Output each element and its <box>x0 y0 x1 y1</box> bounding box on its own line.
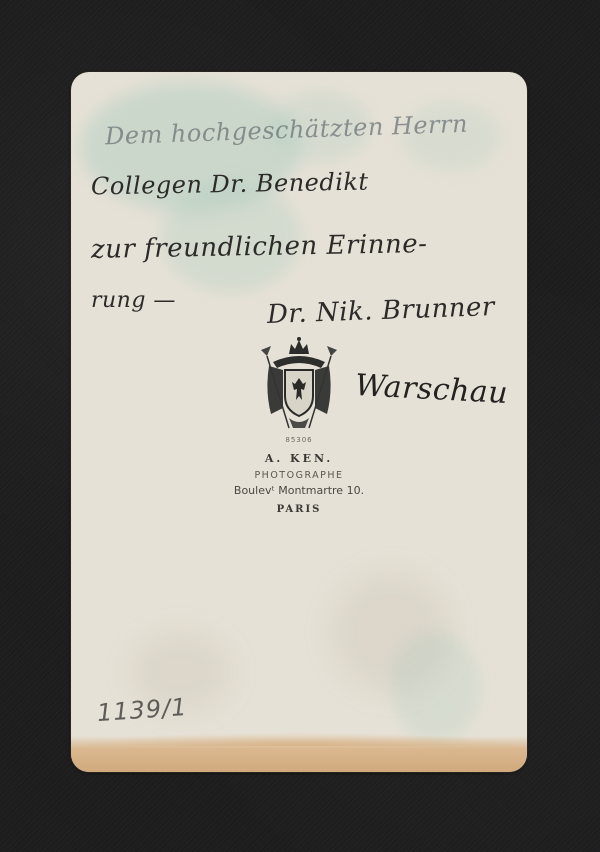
coat-of-arms-icon <box>259 336 339 436</box>
studio-city: PARIS <box>171 504 427 515</box>
inscription-line-2: Collegen Dr. Benedikt <box>91 168 369 201</box>
archive-number: 1139/1 <box>96 693 188 727</box>
photo-card-back: Dem hochgeschätzten Herrn Collegen Dr. B… <box>71 72 527 772</box>
signature: Dr. Nik. Brunner <box>267 292 496 330</box>
studio-name: A. KEN. <box>171 452 427 465</box>
studio-address: Boulevᵗ Montmartre 10. <box>171 484 427 497</box>
grime-spot <box>331 572 451 692</box>
emblem-number: 85306 <box>277 436 321 444</box>
inscription-line-4: rung — <box>91 288 176 313</box>
inscription-city: Warschau <box>354 368 509 411</box>
inscription-line-3: zur freundlichen Erinne- <box>91 229 428 265</box>
studio-profession: PHOTOGRAPHE <box>171 470 427 481</box>
water-stain-bottom <box>71 736 527 772</box>
